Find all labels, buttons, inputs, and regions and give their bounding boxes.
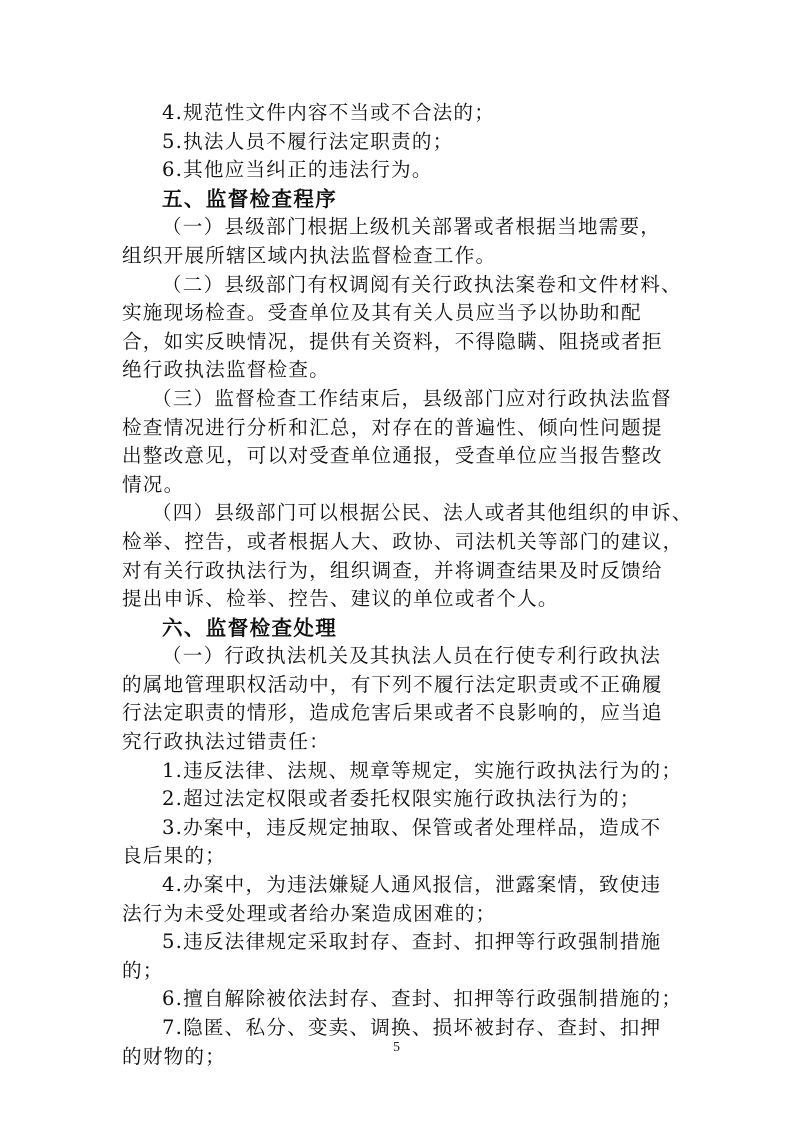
page-number: 5 — [0, 1040, 793, 1056]
paragraph-text-line: 合，如实反映情况，提供有关资料，不得隐瞒、阻挠或者拒 — [122, 328, 670, 357]
paragraph-text-line: 对有关行政执法行为，组织调查，并将调查结果及时反馈给 — [122, 557, 670, 586]
section-heading-supervision-handling: 六、监督检查处理 — [122, 614, 670, 643]
paragraph-text-line: 检举、控告，或者根据人大、政协、司法机关等部门的建议， — [122, 528, 670, 557]
list-item-line: 2.超过法定权限或者委托权限实施行政执法行为的； — [122, 785, 670, 814]
paragraph-text-line: 行法定职责的情形，造成危害后果或者不良影响的，应当追 — [122, 699, 670, 728]
paragraph-text-line: 情况。 — [122, 471, 670, 500]
list-item-line: 1.违反法律、法规、规章等规定，实施行政执法行为的； — [122, 757, 670, 786]
paragraph-text-line: 提出申诉、检举、控告、建议的单位或者个人。 — [122, 585, 670, 614]
paragraph-text-line: （一）行政执法机关及其执法人员在行使专利行政执法 — [122, 642, 670, 671]
list-item-5-failure-to-perform-duties: 5.执法人员不履行法定职责的； — [122, 128, 670, 157]
list-item-line: 6.擅自解除被依法封存、查封、扣押等行政强制措施的； — [122, 985, 670, 1014]
list-item-line: 4.办案中，为违法嫌疑人通风报信，泄露案情，致使违 — [122, 871, 670, 900]
list-item-line: 7.隐匿、私分、变卖、调换、损坏被封存、查封、扣押 — [122, 1014, 670, 1043]
section-heading-supervision-procedure: 五、监督检查程序 — [122, 185, 670, 214]
paragraph-text-line: （一）县级部门根据上级机关部署或者根据当地需要， — [122, 213, 670, 242]
list-item-line: 3.办案中，违反规定抽取、保管或者处理样品，造成不 — [122, 814, 670, 843]
paragraph-text-line: 出整改意见，可以对受查单位通报，受查单位应当报告整改 — [122, 442, 670, 471]
paragraph-text-line: （三）监督检查工作结束后，县级部门应对行政执法监督 — [122, 385, 670, 414]
list-item-line: 良后果的； — [122, 842, 670, 871]
list-item-6-other-violations: 6.其他应当纠正的违法行为。 — [122, 156, 670, 185]
paragraph-text-line: 实施现场检查。受查单位及其有关人员应当予以协助和配 — [122, 299, 670, 328]
paragraph-text-line: 绝行政执法监督检查。 — [122, 356, 670, 385]
list-item-4-improper-normative-documents: 4.规范性文件内容不当或不合法的； — [122, 99, 670, 128]
paragraph-text-line: 的属地管理职权活动中，有下列不履行法定职责或不正确履 — [122, 671, 670, 700]
list-item-line: 的； — [122, 957, 670, 986]
document-page-body: 4.规范性文件内容不当或不合法的； 5.执法人员不履行法定职责的； 6.其他应当… — [122, 99, 670, 1071]
list-item-line: 5.违反法律规定采取封存、查封、扣押等行政强制措施 — [122, 928, 670, 957]
list-item-line: 法行为未受处理或者给办案造成困难的； — [122, 900, 670, 929]
paragraph-text-line: 究行政执法过错责任： — [122, 728, 670, 757]
paragraph-text-line: （二）县级部门有权调阅有关行政执法案卷和文件材料、 — [122, 271, 670, 300]
paragraph-text-line: 检查情况进行分析和汇总，对存在的普遍性、倾向性问题提 — [122, 414, 670, 443]
paragraph-text-line: 组织开展所辖区域内执法监督检查工作。 — [122, 242, 670, 271]
paragraph-text-line: （四）县级部门可以根据公民、法人或者其他组织的申诉、 — [122, 499, 670, 528]
